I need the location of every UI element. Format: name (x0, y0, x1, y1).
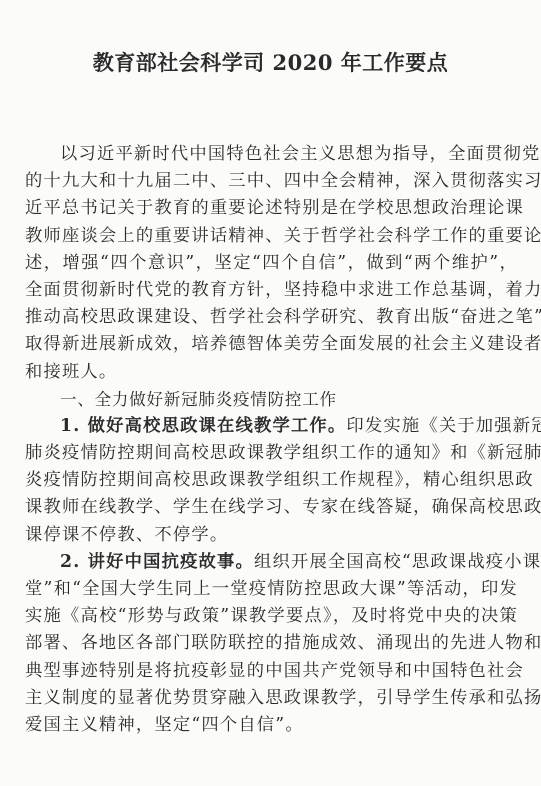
text-line: 取得新进展新成效，培养德智体美劳全面发展的社会主义建设者 (25, 331, 518, 358)
text-line: 述，增强“四个意识”，坚定“四个自信”，做到“两个维护”， (25, 250, 518, 277)
document-page: 教育部社会科学司 2020 年工作要点 以习近平新时代中国特色社会主义思想为指导… (0, 0, 541, 786)
text-line: 课教师在线教学、学生在线学习、专家在线答疑，确保高校思政 (25, 494, 518, 521)
item-1-paragraph: 1. 做好高校思政课在线教学工作。印发实施《关于加强新冠 肺炎疫情防控期间高校思… (25, 413, 518, 549)
text-line: 近平总书记关于教育的重要论述特别是在学校思想政治理论课 (25, 195, 518, 222)
text-line: 部署、各地区各部门联防联控的措施成效、涌现出的先进人物和 (25, 630, 518, 657)
intro-paragraph: 以习近平新时代中国特色社会主义思想为指导，全面贯彻党 的十九大和十九届二中、三中… (25, 141, 518, 386)
document-title: 教育部社会科学司 2020 年工作要点 (0, 47, 541, 77)
text-line: 肺炎疫情防控期间高校思政课教学组织工作的通知》和《新冠肺 (25, 440, 518, 467)
text-line: 炎疫情防控期间高校思政课教学组织工作规程》，精心组织思政 (25, 467, 518, 494)
text-line: 爱国主义精神，坚定“四个自信”。 (25, 712, 518, 739)
item-2-paragraph: 2. 讲好中国抗疫故事。组织开展全国高校“思政课战疫小课 堂”和“全国大学生同上… (25, 549, 518, 739)
document-body: 以习近平新时代中国特色社会主义思想为指导，全面贯彻党 的十九大和十九届二中、三中… (25, 141, 518, 739)
text-line: 课停课不停教、不停学。 (25, 522, 518, 549)
text-line: 和接班人。 (25, 359, 518, 386)
text-line: 的十九大和十九届二中、三中、四中全会精神，深入贯彻落实习 (25, 168, 518, 195)
item-1-lead: 1. 做好高校思政课在线教学工作。 (60, 416, 346, 436)
item-1-text: 印发实施《关于加强新冠 (346, 416, 541, 436)
text-line: 主义制度的显著优势贯穿融入思政课教学，引导学生传承和弘扬 (25, 685, 518, 712)
item-2-text: 组织开展全国高校“思政课战疫小课 (254, 552, 541, 572)
text-line: 实施《高校“形势与政策”课教学要点》，及时将党中央的决策 (25, 603, 518, 630)
text-line: 堂”和“全国大学生同上一堂疫情防控思政大课”等活动，印发 (25, 576, 518, 603)
text-line: 2. 讲好中国抗疫故事。组织开展全国高校“思政课战疫小课 (25, 549, 518, 576)
text-line: 教师座谈会上的重要讲话精神、关于哲学社会科学工作的重要论 (25, 223, 518, 250)
text-line: 典型事迹特别是将抗疫彰显的中国共产党领导和中国特色社会 (25, 658, 518, 685)
text-line: 1. 做好高校思政课在线教学工作。印发实施《关于加强新冠 (25, 413, 518, 440)
item-2-lead: 2. 讲好中国抗疫故事。 (60, 552, 254, 572)
section-heading: 一、全力做好新冠肺炎疫情防控工作 (25, 386, 518, 413)
text-line: 全面贯彻新时代党的教育方针，坚持稳中求进工作总基调，着力 (25, 277, 518, 304)
text-line: 推动高校思政课建设、哲学社会科学研究、教育出版“奋进之笔” (25, 304, 518, 331)
text-line: 以习近平新时代中国特色社会主义思想为指导，全面贯彻党 (25, 141, 518, 168)
